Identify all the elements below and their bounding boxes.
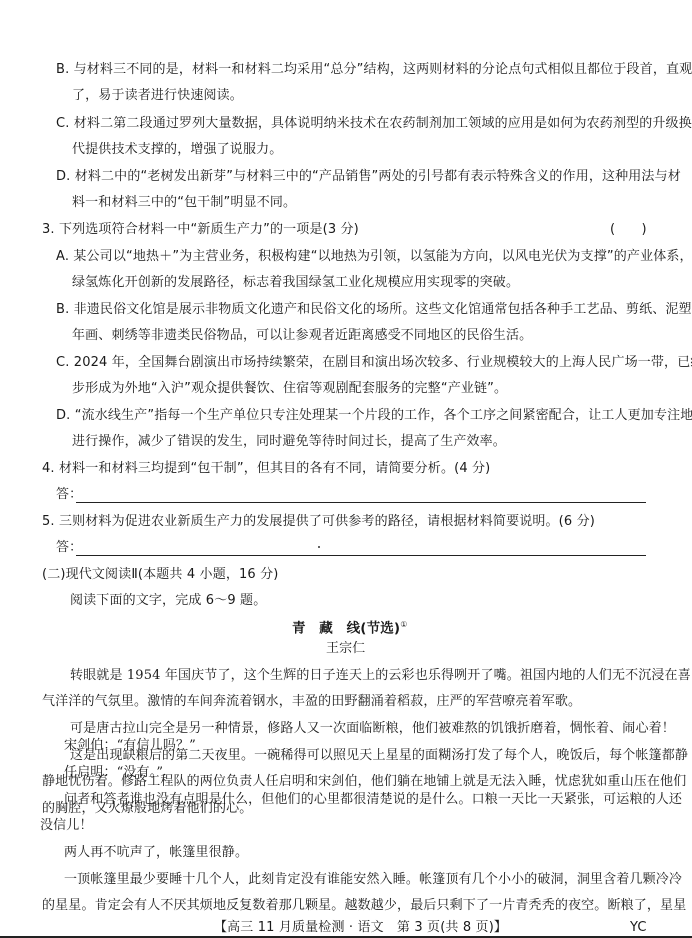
exam-page-lower: 宋剑伯：“有信儿吗？” 任启明：“没有。” 问者和答者谁也没有点明是什么，但他们… [0, 0, 692, 938]
footer-code: YC [630, 920, 647, 936]
para8-line2: 的星星。肯定会有人不厌其烦地反复数着那几颗星。越数越少，最后只剩下了一片青秃秃的… [42, 898, 686, 914]
para8-line1: 一顶帐篷里最少要睡十几个人，此刻肯定没有谁能安然入睡。帐篷顶有几个小小的破洞，洞… [64, 872, 682, 888]
page-footer: 【高三 11 月质量检测 · 语文 第 3 页(共 8 页)】 [214, 920, 507, 936]
dialogue-ren: 任启明：“没有。” [64, 765, 163, 781]
para6-line2: 没信儿！ [40, 818, 93, 834]
dialogue-song: 宋剑伯：“有信儿吗？” [64, 738, 196, 754]
para7-line1: 两人再不吭声了，帐篷里很静。 [64, 845, 248, 861]
para6-line1: 问者和答者谁也没有点明是什么，但他们的心里都很清楚说的是什么。口粮一天比一天紧张… [64, 792, 682, 808]
